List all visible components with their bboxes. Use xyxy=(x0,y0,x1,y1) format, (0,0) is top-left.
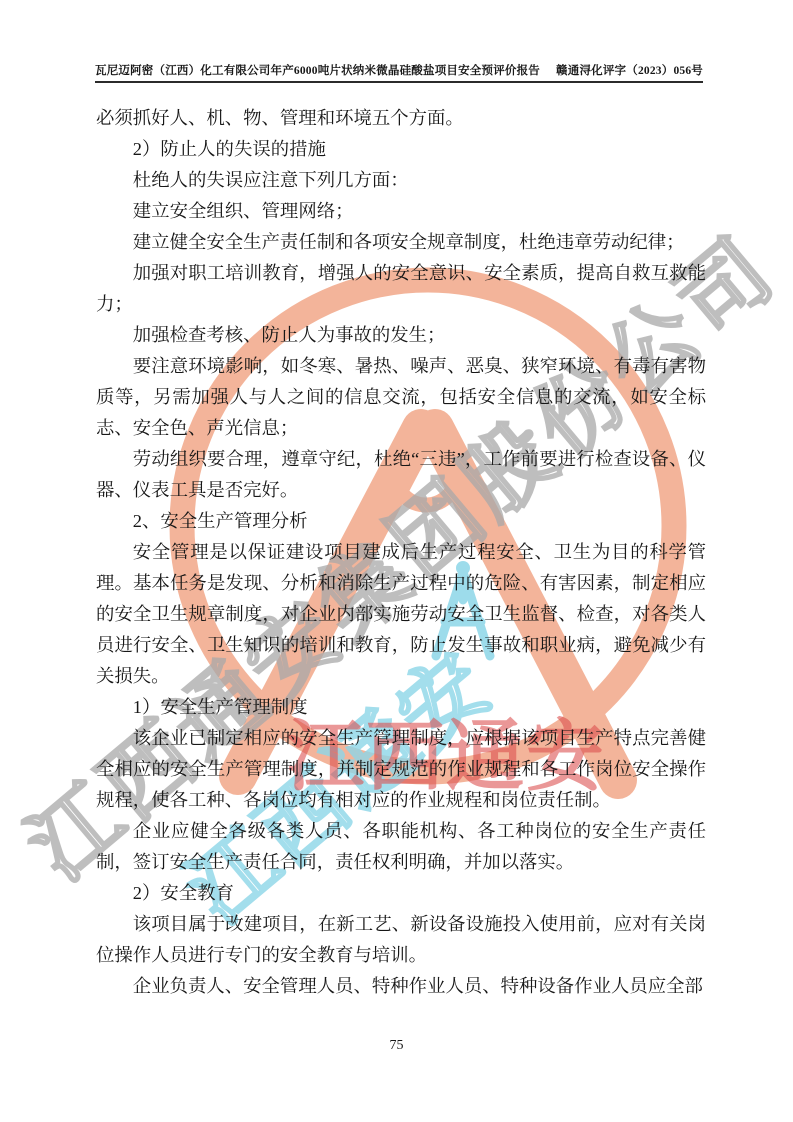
paragraph: 企业负责人、安全管理人员、特种作业人员、特种设备作业人员应全部 xyxy=(96,971,706,1002)
document-body: 必须抓好人、机、物、管理和环境五个方面。2）防止人的失误的措施杜绝人的失误应注意… xyxy=(96,103,706,1002)
header-title: 瓦尼迈阿密（江西）化工有限公司年产6000吨片状纳米微晶硅酸盐项目安全预评价报告 xyxy=(95,62,540,78)
paragraph: 建立安全组织、管理网络； xyxy=(96,196,706,227)
paragraph: 必须抓好人、机、物、管理和环境五个方面。 xyxy=(96,103,706,134)
paragraph: 杜绝人的失误应注意下列几方面： xyxy=(96,165,706,196)
paragraph: 要注意环境影响，如冬寒、暑热、噪声、恶臭、狭窄环境、有毒有害物质等，另需加强人与… xyxy=(96,351,706,444)
paragraph: 加强检查考核、防止人为事故的发生； xyxy=(96,320,706,351)
paragraph: 企业应健全各级各类人员、各职能机构、各工种岗位的安全生产责任制，签订安全生产责任… xyxy=(96,816,706,878)
paragraph: 1）安全生产管理制度 xyxy=(96,692,706,723)
paragraph: 2、安全生产管理分析 xyxy=(96,506,706,537)
document-page: 江西通安集团股份公司 江西通安 江西通安 瓦尼迈阿密（江西）化工有限公司年产60… xyxy=(0,0,793,1122)
paragraph: 2）安全教育 xyxy=(96,878,706,909)
paragraph: 建立健全安全生产责任制和各项安全规章制度，杜绝违章劳动纪律； xyxy=(96,227,706,258)
paragraph: 安全管理是以保证建设项目建成后生产过程安全、卫生为目的科学管理。基本任务是发现、… xyxy=(96,537,706,692)
paragraph: 2）防止人的失误的措施 xyxy=(96,134,706,165)
paragraph: 该项目属于改建项目，在新工艺、新设备设施投入使用前，应对有关岗位操作人员进行专门… xyxy=(96,909,706,971)
paragraph: 加强对职工培训教育，增强人的安全意识、安全素质，提高自救互救能力； xyxy=(96,258,706,320)
header-doc-number: 赣通浔化评字（2023）056号 xyxy=(548,62,703,78)
paragraph: 劳动组织要合理，遵章守纪，杜绝“三违”，工作前要进行检查设备、仪器、仪表工具是否… xyxy=(96,444,706,506)
paragraph: 该企业已制定相应的安全生产管理制度，应根据该项目生产特点完善健全相应的安全生产管… xyxy=(96,723,706,816)
page-number: 75 xyxy=(0,1038,793,1054)
page-header: 瓦尼迈阿密（江西）化工有限公司年产6000吨片状纳米微晶硅酸盐项目安全预评价报告… xyxy=(95,62,703,83)
